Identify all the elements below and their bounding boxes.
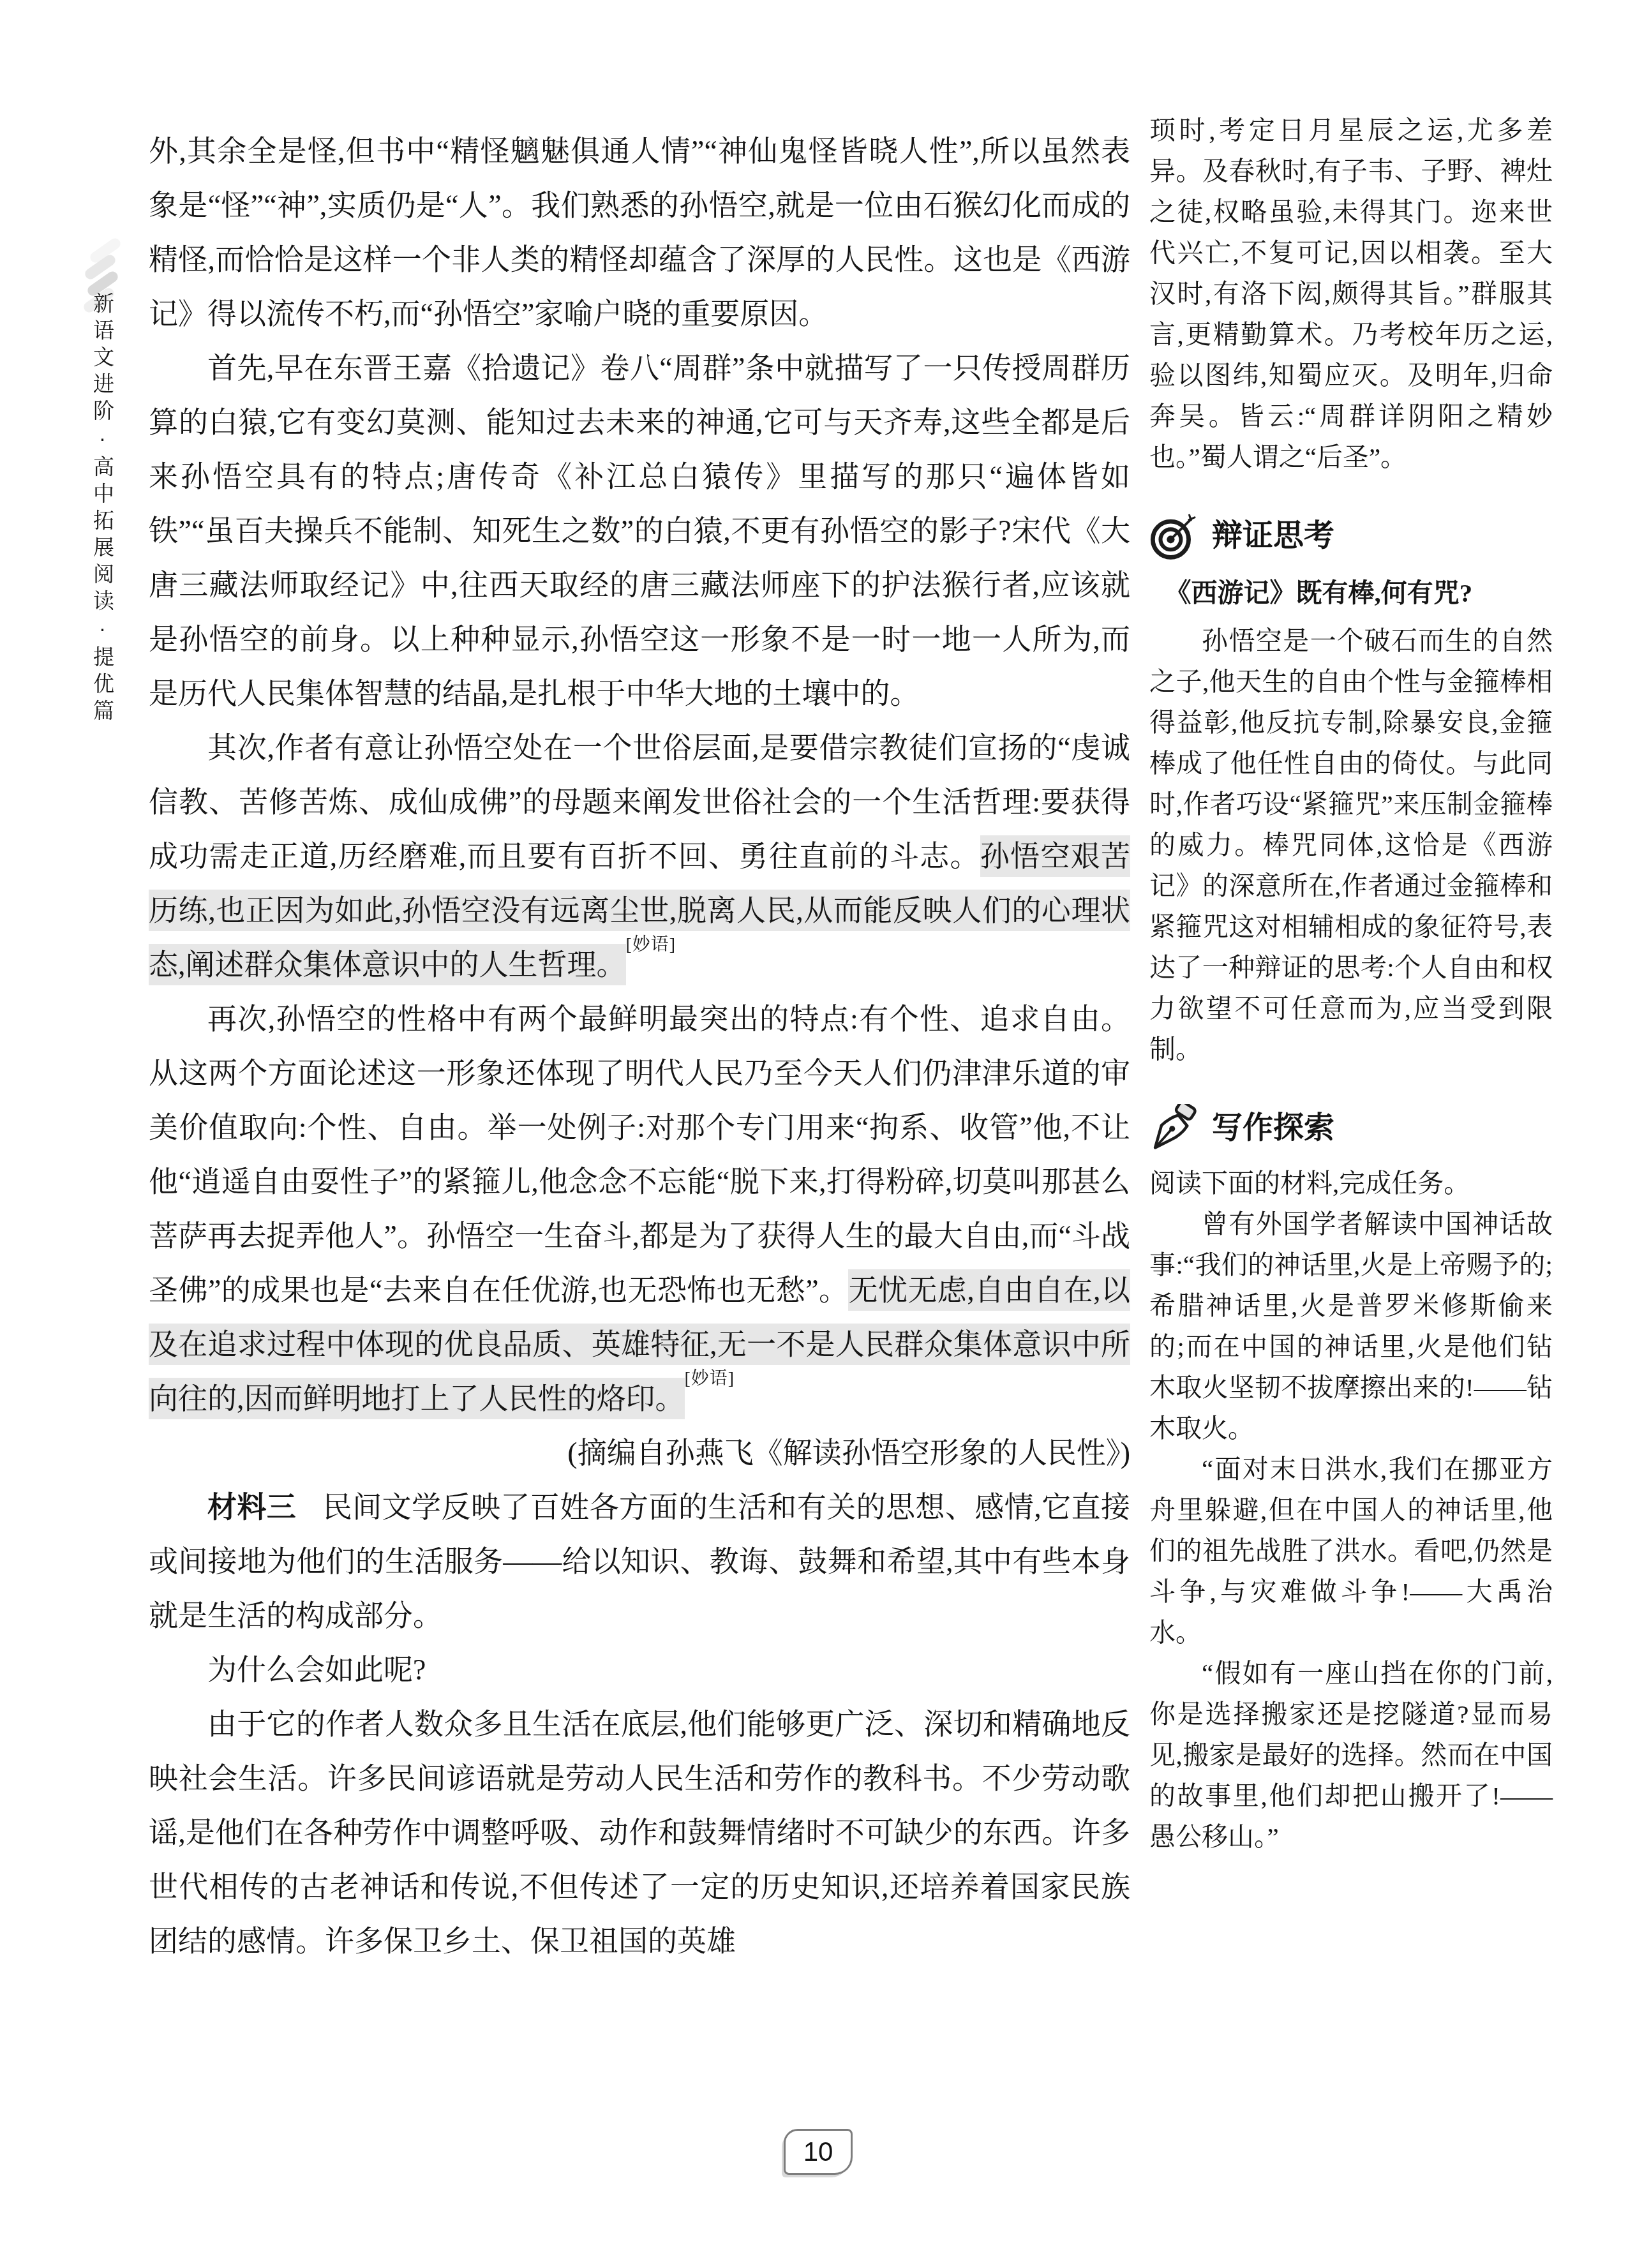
dialectic-title: 《西游记》既有棒,何有咒?	[1149, 571, 1553, 615]
writing-paragraph: “假如有一座山挡在你的门前,你是选择搬家还是挖隧道?显而易见,搬家是最好的选择。…	[1149, 1653, 1553, 1857]
paragraph: 再次,孙悟空的性格中有两个最鲜明最突出的特点:有个性、追求自由。从这两个方面论述…	[149, 992, 1130, 1426]
paragraph-material-three: 材料三民间文学反映了百姓各方面的生活和有关的思想、感情,它直接或间接地为他们的生…	[149, 1480, 1130, 1643]
spine-title: 新语文进阶·高中拓展阅读·提优篇	[87, 292, 117, 726]
main-column: 外,其余全是怪,但书中“精怪魑魅俱通人情”“神仙鬼怪皆晓人性”,所以虽然表象是“…	[149, 124, 1130, 1968]
paragraph: 其次,作者有意让孙悟空处在一个世俗层面,是要借宗教徒们宣扬的“虔诚信教、苦修苦炼…	[149, 720, 1130, 992]
writing-exploration-heading: 写作探索	[1149, 1104, 1553, 1153]
material-three-label: 材料三	[207, 1490, 296, 1523]
dialectic-body: 孙悟空是一个破石而生的自然之子,他天生的自由个性与金箍棒相得益彰,他反抗专制,除…	[1149, 620, 1553, 1070]
paragraph-text: 再次,孙悟空的性格中有两个最鲜明最突出的特点:有个性、追求自由。从这两个方面论述…	[149, 1003, 1130, 1306]
miaoyu-tag: [妙语]	[685, 1369, 735, 1389]
textbook-page: 新语文进阶·高中拓展阅读·提优篇 外,其余全是怪,但书中“精怪魑魅俱通人情”“神…	[0, 0, 1628, 2268]
target-icon	[1149, 512, 1198, 560]
writing-paragraph: “面对末日洪水,我们在挪亚方舟里躲避,但在中国人的神话里,他们的祖先战胜了洪水。…	[1149, 1449, 1553, 1653]
pen-icon	[1149, 1104, 1198, 1153]
page-number-badge: 10	[784, 2129, 853, 2175]
paragraph: 由于它的作者人数众多且生活在底层,他们能够更广泛、深切和精确地反映社会生活。许多…	[149, 1697, 1130, 1968]
writing-intro: 阅读下面的材料,完成任务。	[1149, 1163, 1553, 1204]
dialectic-thinking-heading: 辩证思考	[1149, 512, 1553, 560]
attribution: (摘编自孙燕飞《解读孙悟空形象的人民性》)	[149, 1426, 1130, 1480]
paragraph-text: 首先,早在东晋王嘉《拾遗记》卷八“周群”条中就描写了一只传授周群历算的白猿,它有…	[149, 352, 1130, 710]
writing-paragraph: 曾有外国学者解读中国神话故事:“我们的神话里,火是上帝赐予的;希腊神话里,火是普…	[1149, 1204, 1553, 1449]
page-number: 10	[803, 2137, 833, 2167]
miaoyu-tag: [妙语]	[626, 935, 676, 955]
section-heading-label: 写作探索	[1212, 1105, 1334, 1152]
paragraph: 为什么会如此呢?	[149, 1643, 1130, 1697]
section-heading-label: 辩证思考	[1212, 512, 1334, 560]
sidebar-quote-continuation: 顼时,考定日月星辰之运,尤多差异。及春秋时,有子韦、子野、裨灶之徒,权略虽验,未…	[1149, 110, 1553, 477]
paragraph-text: 外,其余全是怪,但书中“精怪魑魅俱通人情”“神仙鬼怪皆晓人性”,所以虽然表象是“…	[149, 135, 1130, 330]
sidebar-column: 顼时,考定日月星辰之运,尤多差异。及春秋时,有子韦、子野、裨灶之徒,权略虽验,未…	[1149, 110, 1553, 1857]
paragraph-continuation: 外,其余全是怪,但书中“精怪魑魅俱通人情”“神仙鬼怪皆晓人性”,所以虽然表象是“…	[149, 124, 1130, 341]
paragraph: 首先,早在东晋王嘉《拾遗记》卷八“周群”条中就描写了一只传授周群历算的白猿,它有…	[149, 341, 1130, 720]
